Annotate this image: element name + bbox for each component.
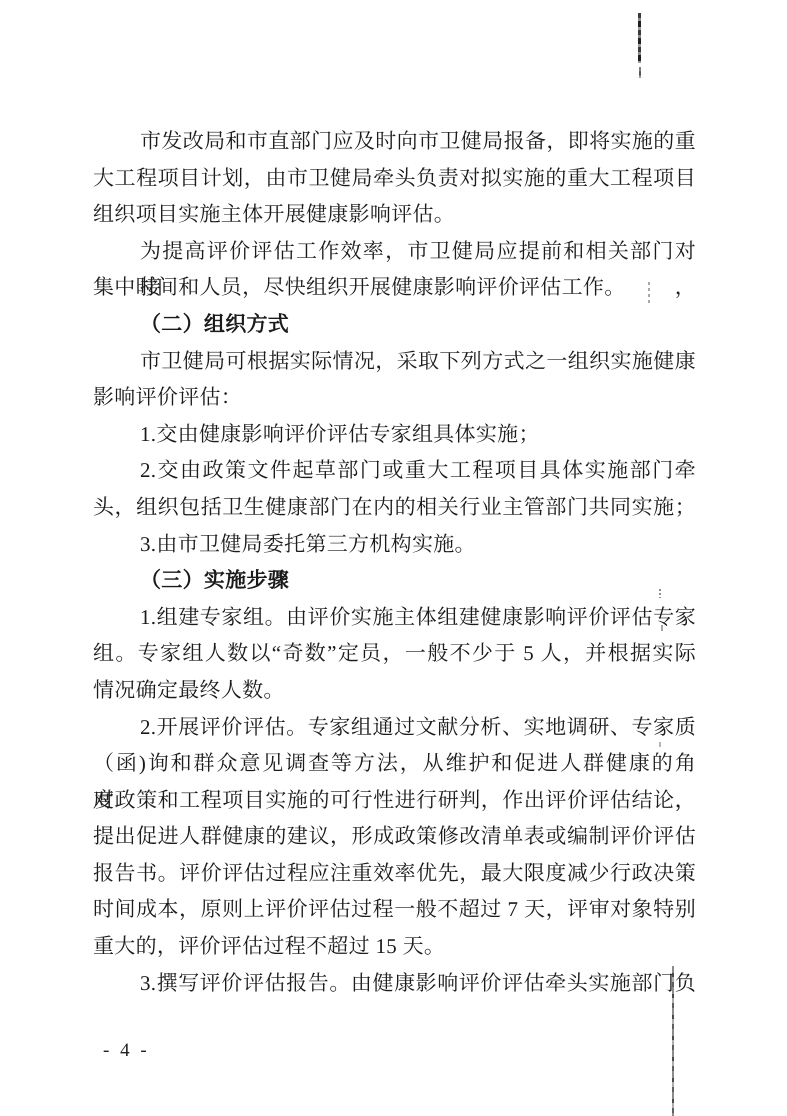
- text-line: 情况确定最终人数。: [93, 672, 696, 709]
- text-line: 时间成本，原则上评价评估过程一般不超过 7 天，评审对象特别: [93, 891, 696, 928]
- text-line: 组织项目实施主体开展健康影响评估。: [93, 196, 696, 233]
- section-heading: （三）实施步骤: [93, 562, 696, 599]
- text-line: 2.交由政策文件起草部门或重大工程项目具体实施部门牵: [93, 452, 696, 489]
- document-body: 市发改局和市直部门应及时向市卫健局报备，即将实施的重大工程项目计划，由市卫健局牵…: [93, 123, 696, 1001]
- text-line: 大工程项目计划，由市卫健局牵头负责对拟实施的重大工程项目: [93, 160, 696, 197]
- text-line: 影响评价评估：: [93, 379, 696, 416]
- text-line: 市发改局和市直部门应及时向市卫健局报备，即将实施的重: [93, 123, 696, 160]
- scanned-document-page: 市发改局和市直部门应及时向市卫健局报备，即将实施的重大工程项目计划，由市卫健局牵…: [0, 0, 787, 1116]
- scan-artifact-top-streak: [638, 13, 641, 63]
- text-line: 集中时间和人员，尽快组织开展健康影响评价评估工作。: [93, 269, 696, 306]
- text-line: 重大的，评价评估过程不超过 15 天。: [93, 928, 696, 965]
- text-line: 2.开展评价评估。专家组通过文献分析、实地调研、专家质: [93, 709, 696, 746]
- text-line: 对政策和工程项目实施的可行性进行研判，作出评价评估结论，: [93, 782, 696, 819]
- text-line: 提出促进人群健康的建议，形成政策修改清单表或编制评价评估: [93, 818, 696, 855]
- page-number: - 4 -: [103, 1040, 149, 1062]
- text-line: 1.交由健康影响评价评估专家组具体实施；: [93, 416, 696, 453]
- section-heading: （二）组织方式: [93, 306, 696, 343]
- text-line: 头，组织包括卫生健康部门在内的相关行业主管部门共同实施；: [93, 489, 696, 526]
- text-line: （函)询和群众意见调查等方法，从维护和促进人群健康的角度，: [93, 745, 696, 782]
- scan-artifact-top-streak-2: [639, 67, 641, 78]
- text-line: 报告书。评价评估过程应注重效率优先，最大限度减少行政决策: [93, 855, 696, 892]
- text-line: 1.组建专家组。由评价实施主体组建健康影响评价评估专家: [93, 599, 696, 636]
- text-line: 为提高评价评估工作效率，市卫健局应提前和相关部门对接，: [93, 233, 696, 270]
- text-line: 3.撰写评价评估报告。由健康影响评价评估牵头实施部门负: [93, 965, 696, 1002]
- text-line: 市卫健局可根据实际情况，采取下列方式之一组织实施健康: [93, 343, 696, 380]
- text-line: 组。专家组人数以“奇数”定员，一般不少于 5 人，并根据实际: [93, 635, 696, 672]
- text-line: 3.由市卫健局委托第三方机构实施。: [93, 526, 696, 563]
